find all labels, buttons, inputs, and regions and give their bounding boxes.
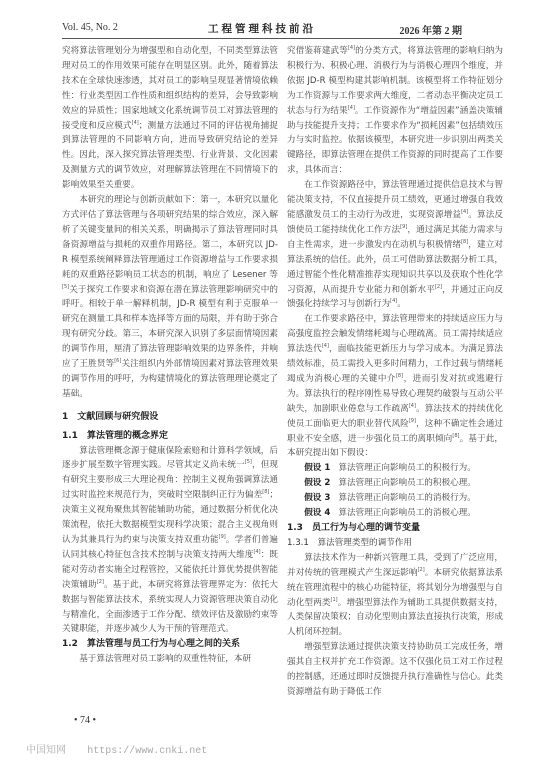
citation[interactable]: [2] [435, 284, 442, 290]
paragraph: 本研究的理论与创新贡献如下：第一，本研究以量化方式评估了算法管理与各项研究结果的… [62, 193, 278, 402]
running-header: Vol. 45, No. 2 工程管理科技前沿 2026 年第 2 期 [62, 20, 462, 39]
citation[interactable]: [4] [409, 403, 416, 409]
hypothesis-4: 假设 4算法管理正向影响员工的消极心理。 [287, 506, 503, 521]
paragraph: 在工作资源路径中，算法管理通过提供信息技术与智能决策支持，不仅直接提升员工绩效，… [287, 178, 503, 312]
section-heading: 1 文献回顾与研究假设 [62, 410, 278, 425]
citation[interactable]: [9] [219, 534, 226, 540]
citation[interactable]: [4] [348, 45, 355, 51]
citation[interactable]: [8] [396, 373, 403, 379]
left-column: 究将算法管理划分为增强型和自动化型，不同类型算法管理对员工的作用效果可能存在明显… [62, 44, 278, 667]
issue-label: 2026 年第 2 期 [400, 22, 463, 37]
paragraph: 算法管理概念源于健康保险索赔和计算科学领域，后逐步扩展至数字管理实践。尽管其定义… [62, 444, 278, 638]
watermark-footer: 中国知网 https://www.cnki.net [26, 741, 207, 757]
paragraph: 究借鉴蒋建武等[4]的分类方式，将算法管理的影响归纳为积极行为、积极心理、消极行… [287, 44, 503, 178]
hypothesis-2: 假设 2算法管理正向影响员工的积极心理。 [287, 476, 503, 491]
right-column: 究借鉴蒋建武等[4]的分类方式，将算法管理的影响归纳为积极行为、积极心理、消极行… [287, 44, 503, 700]
source-label: 中国知网 [26, 745, 66, 756]
hypothesis-1: 假设 1算法管理正向影响员工的积极行为。 [287, 461, 503, 476]
paragraph: 究将算法管理划分为增强型和自动化型，不同类型算法管理对员工的作用效果可能存在明显… [62, 44, 278, 193]
source-url[interactable]: https://www.cnki.net [87, 746, 207, 757]
citation[interactable]: [5] [245, 459, 252, 465]
paragraph: 增强型算法通过提供决策支持协助员工完成任务，增强其自主权并扩充工作资源。这不仅强… [287, 640, 503, 700]
citation[interactable]: [4] [253, 549, 260, 555]
page-number: • 74 • [74, 715, 96, 726]
subsubsection-heading: 1.3.1 算法管理类型的调节作用 [287, 536, 503, 551]
citation[interactable]: [9] [409, 418, 416, 424]
subsection-heading: 1.1 算法管理的概念界定 [62, 429, 278, 444]
citation[interactable]: [1] [331, 597, 338, 603]
citation[interactable]: [2] [97, 579, 104, 585]
citation[interactable]: [4] [132, 120, 139, 126]
citation[interactable]: [4] [322, 343, 329, 349]
paragraph: 基于算法管理对员工影响的双重性特征，本研 [62, 652, 278, 667]
paragraph: 算法技术作为一种新兴管理工具，受到了广泛应用，并对传统的管理模式产生深远影响[2… [287, 551, 503, 640]
hypothesis-3: 假设 3算法管理正向影响员工的消极行为。 [287, 491, 503, 506]
subsection-heading: 1.2 算法管理与员工行为与心理之间的关系 [62, 637, 278, 652]
paragraph: 在工作要求路径中，算法管理带来的持续适应压力与高强度监控会触发情绪耗竭与心理疏离… [287, 312, 503, 461]
subsection-heading: 1.3 员工行为与心理的调节变量 [287, 521, 503, 536]
citation[interactable]: [2] [418, 567, 425, 573]
citation[interactable]: [4] [348, 105, 355, 111]
